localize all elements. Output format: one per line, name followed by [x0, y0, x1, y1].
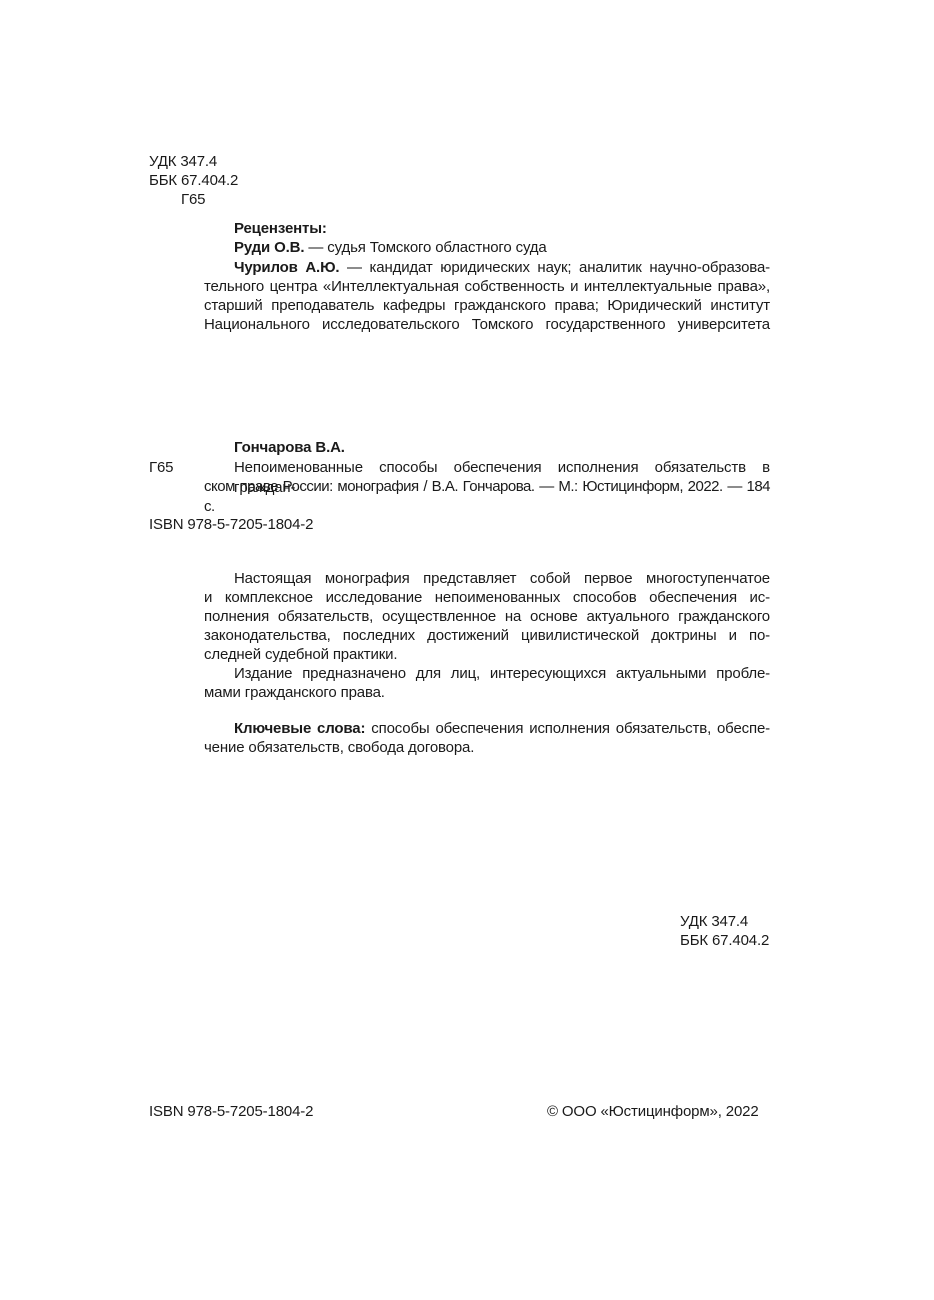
- annotation-line: следней судебной практики.: [204, 645, 397, 665]
- reviewer-1: Руди О.В. — судья Томского областного су…: [234, 238, 547, 258]
- reviewer-1-desc: — судья Томского областного суда: [304, 239, 546, 256]
- footer-bbk-code: ББК 67.404.2: [680, 931, 769, 951]
- bib-isbn: ISBN 978-5-7205-1804-2: [149, 515, 313, 535]
- annotation-line: мами гражданского права.: [204, 683, 385, 703]
- reviewer-1-name: Руди О.В.: [234, 239, 304, 256]
- udk-code: УДК 347.4: [149, 152, 217, 172]
- footer-isbn: ISBN 978-5-7205-1804-2: [149, 1102, 313, 1122]
- bib-author-mark: Г65: [149, 458, 173, 478]
- bib-line-2: ском праве России: монография / В.А. Гон…: [204, 477, 770, 516]
- bbk-code: ББК 67.404.2: [149, 171, 238, 191]
- keywords-label: Ключевые слова:: [234, 720, 365, 737]
- annotation-line: Издание предназначено для лиц, интересую…: [234, 664, 770, 684]
- footer-udk-code: УДК 347.4: [680, 912, 748, 932]
- annotation-line: законодательства, последних достижений ц…: [204, 626, 770, 646]
- keywords-line1: Ключевые слова: способы обеспечения испо…: [234, 719, 770, 739]
- annotation-line: и комплексное исследование непоименованн…: [204, 588, 770, 608]
- reviewer-2-line3: старший преподаватель кафедры гражданско…: [204, 296, 770, 316]
- annotation-line: Настоящая монография представляет собой …: [234, 569, 770, 589]
- reviewer-2-line1: Чурилов А.Ю. — кандидат юридических наук…: [234, 258, 770, 278]
- reviewer-2-line4: Национального исследовательского Томског…: [204, 315, 770, 335]
- reviewer-2-line2: тельного центра «Интеллектуальная собств…: [204, 277, 770, 297]
- book-author: Гончарова В.А.: [234, 438, 345, 458]
- copyright: © ООО «Юстицинформ», 2022: [547, 1102, 759, 1122]
- annotation-line: полнения обязательств, осуществленное на…: [204, 607, 770, 627]
- author-mark: Г65: [181, 190, 205, 210]
- keywords-text: способы обеспечения исполнения обязатель…: [365, 720, 770, 737]
- keywords-line2: чение обязательств, свобода договора.: [204, 738, 474, 758]
- reviewers-title: Рецензенты:: [234, 219, 327, 239]
- reviewer-2-name: Чурилов А.Ю.: [234, 259, 339, 276]
- reviewer-2-desc: — кандидат юридических наук; аналитик на…: [339, 259, 770, 276]
